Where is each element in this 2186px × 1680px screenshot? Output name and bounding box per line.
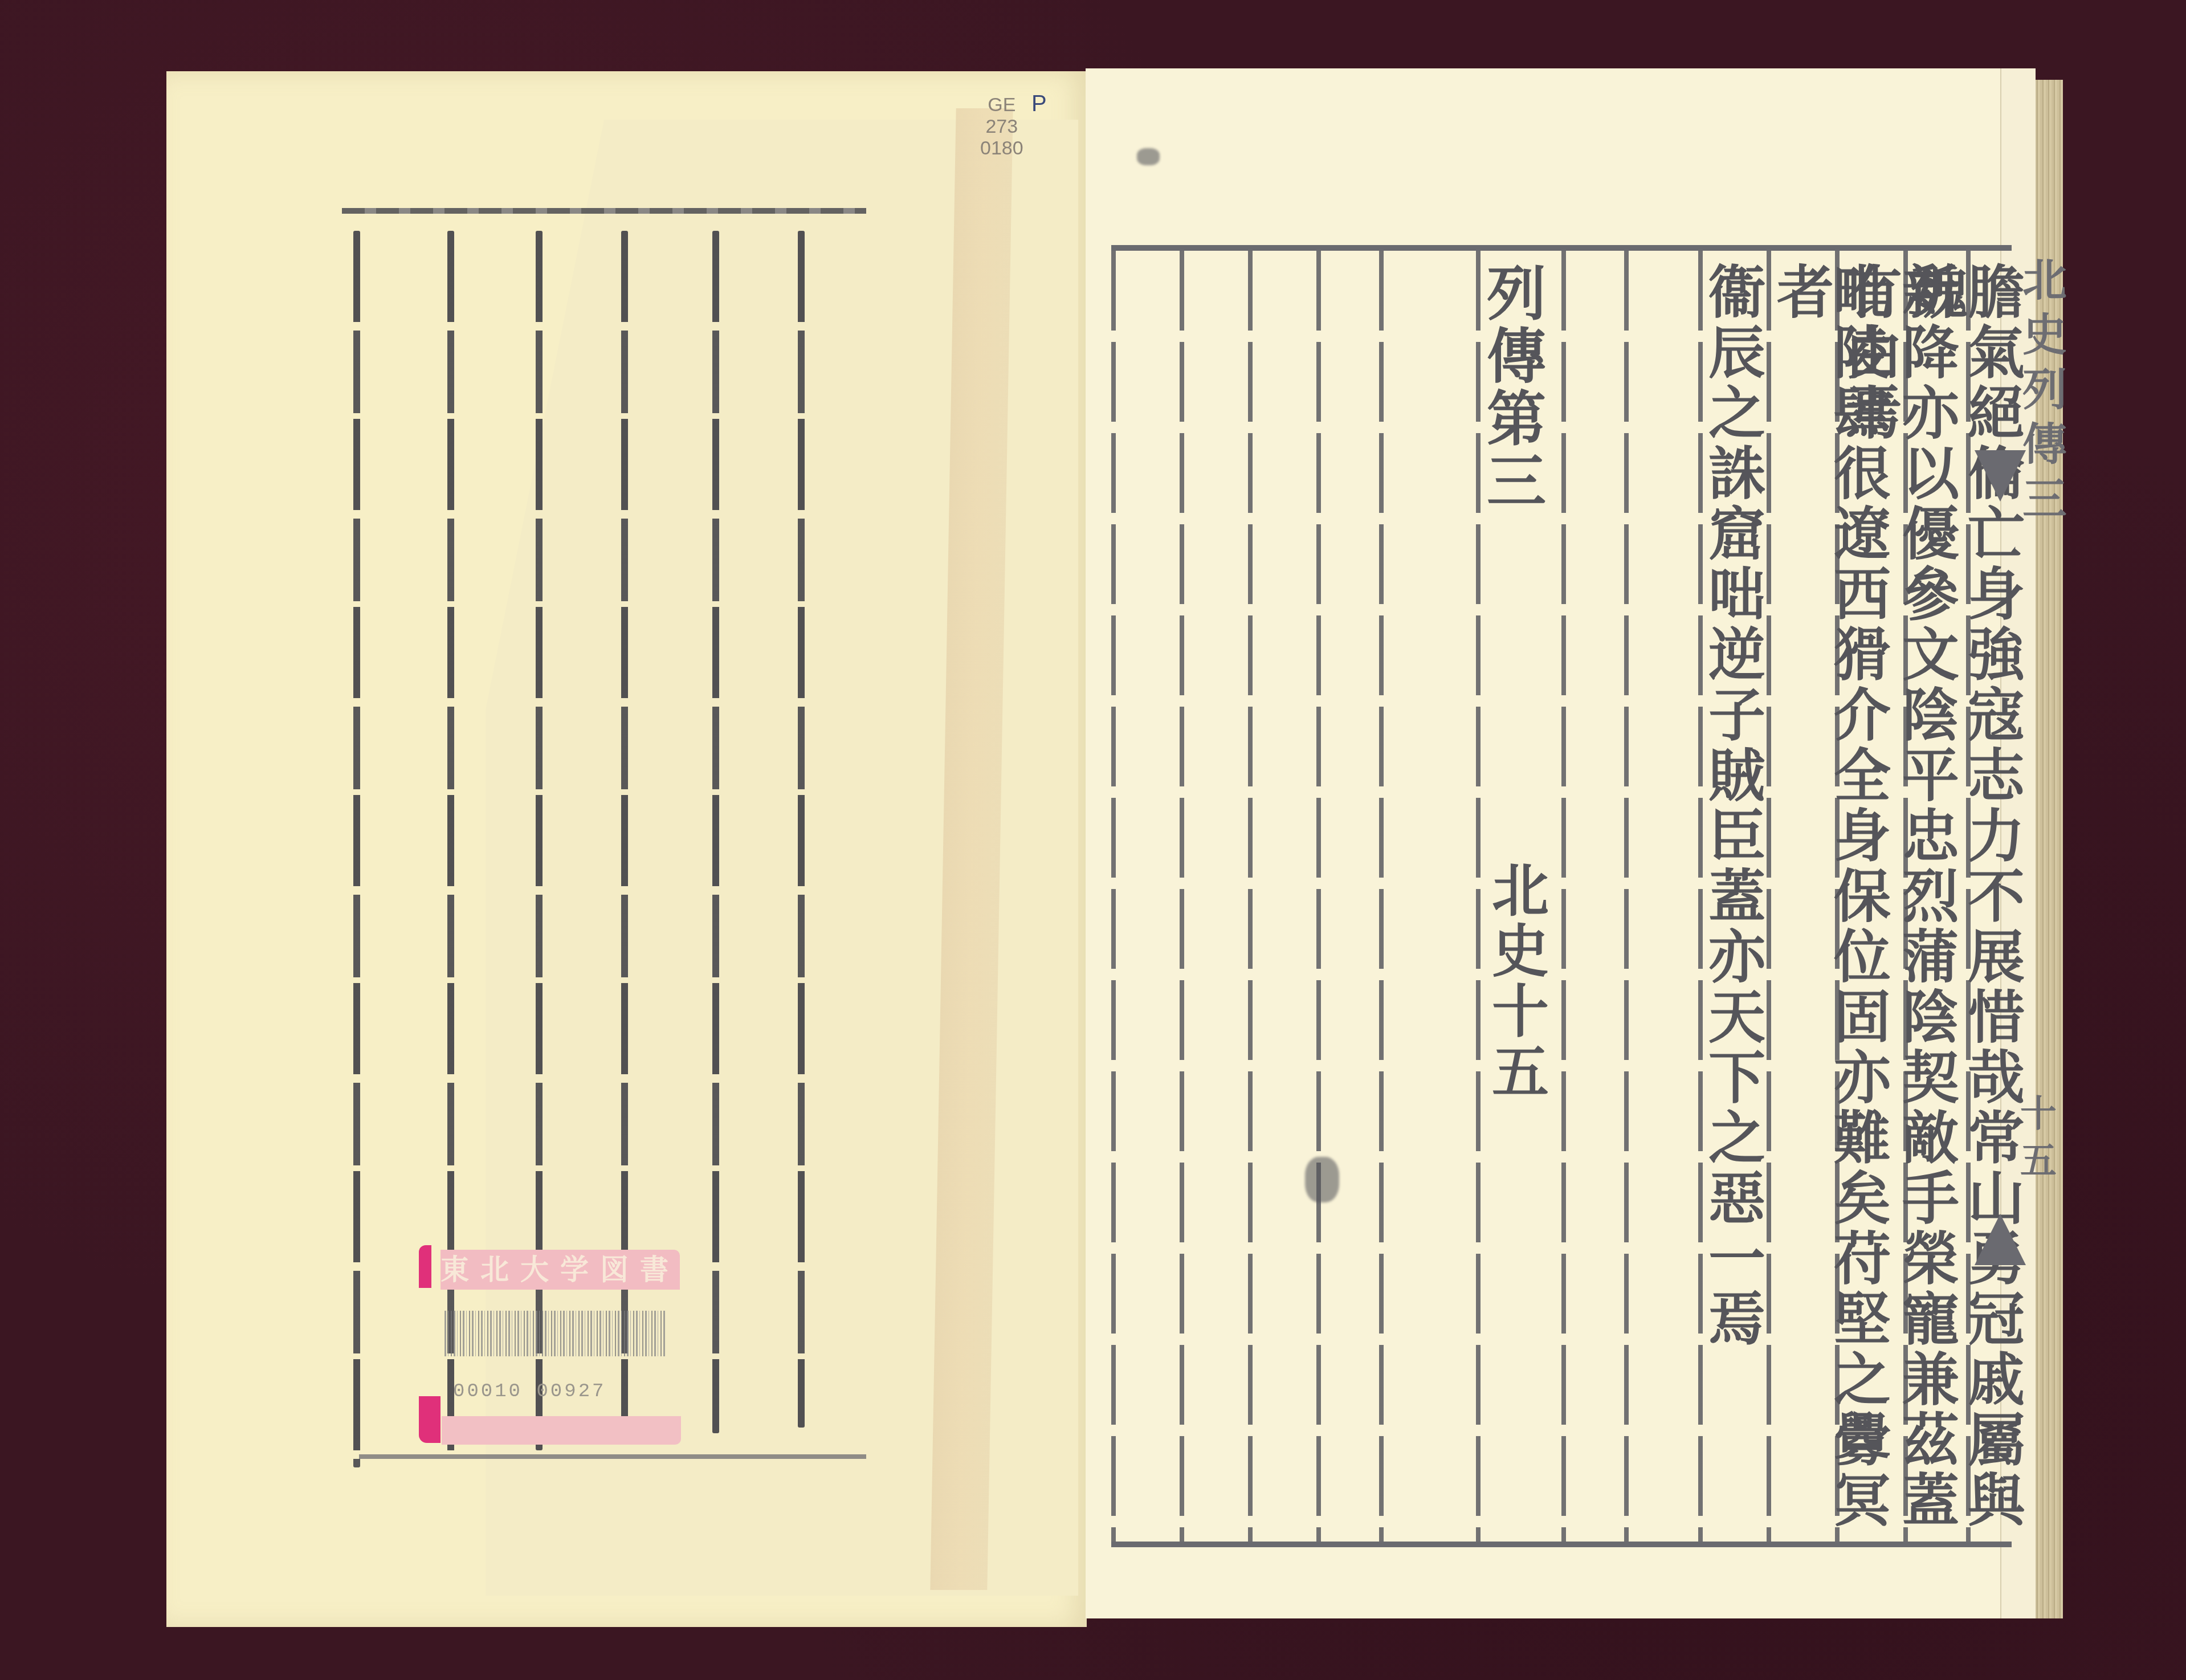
label-footer-band bbox=[442, 1416, 681, 1445]
ink-smudge bbox=[1305, 1157, 1339, 1202]
library-barcode-label: 東北大学図書 00010 00927 bbox=[419, 1245, 684, 1447]
printed-text-block: 膽氣絕倫亡身強寇志力不展惜哉常山勇冠戚屬與魏 新降亦以優參文陰平忠烈蒲陰契敵手榮… bbox=[1111, 245, 2012, 1547]
column-rule bbox=[1248, 251, 1253, 1542]
column-rule bbox=[1624, 251, 1629, 1542]
fish-tail-mark-upper bbox=[1975, 450, 2026, 501]
column-rule bbox=[1316, 251, 1321, 1542]
shelf-mark: P bbox=[1031, 91, 1047, 117]
frame-bottom-rule bbox=[359, 1454, 866, 1459]
column-rule bbox=[798, 231, 805, 1428]
column-rule bbox=[1111, 251, 1116, 1542]
barcode-number: 00010 00927 bbox=[453, 1381, 635, 1402]
volume-label: 北史十五 bbox=[1487, 861, 1544, 1102]
frame-top-rule bbox=[342, 208, 866, 214]
text-column-3: 毗陵肆很遼西猾介全身保位固亦難矣苻堅之釁冥者 bbox=[1772, 262, 1886, 1542]
barcode-icon bbox=[444, 1311, 667, 1356]
column-rule bbox=[1561, 251, 1566, 1542]
label-accent-tab bbox=[419, 1245, 431, 1288]
text-column-4: 衞辰之誅窟咄逆子賊臣蓋亦天下之惡一焉 bbox=[1704, 262, 1761, 1349]
column-rule bbox=[1767, 251, 1771, 1542]
fish-tail-mark-lower bbox=[1975, 1214, 2026, 1265]
column-rule bbox=[1180, 251, 1184, 1542]
column-rule bbox=[1379, 251, 1384, 1542]
library-name: 東北大学図書 bbox=[441, 1250, 680, 1290]
column-rule bbox=[712, 231, 719, 1433]
column-rule bbox=[353, 231, 360, 1467]
label-accent-tab bbox=[419, 1396, 441, 1443]
pencil-call-number: GE 273 0180 bbox=[980, 94, 1023, 159]
ink-smudge bbox=[1137, 148, 1160, 165]
fold-page-mark: 十五 bbox=[2009, 1094, 2061, 1188]
chapter-title: 列傳第三 bbox=[1482, 262, 1541, 513]
